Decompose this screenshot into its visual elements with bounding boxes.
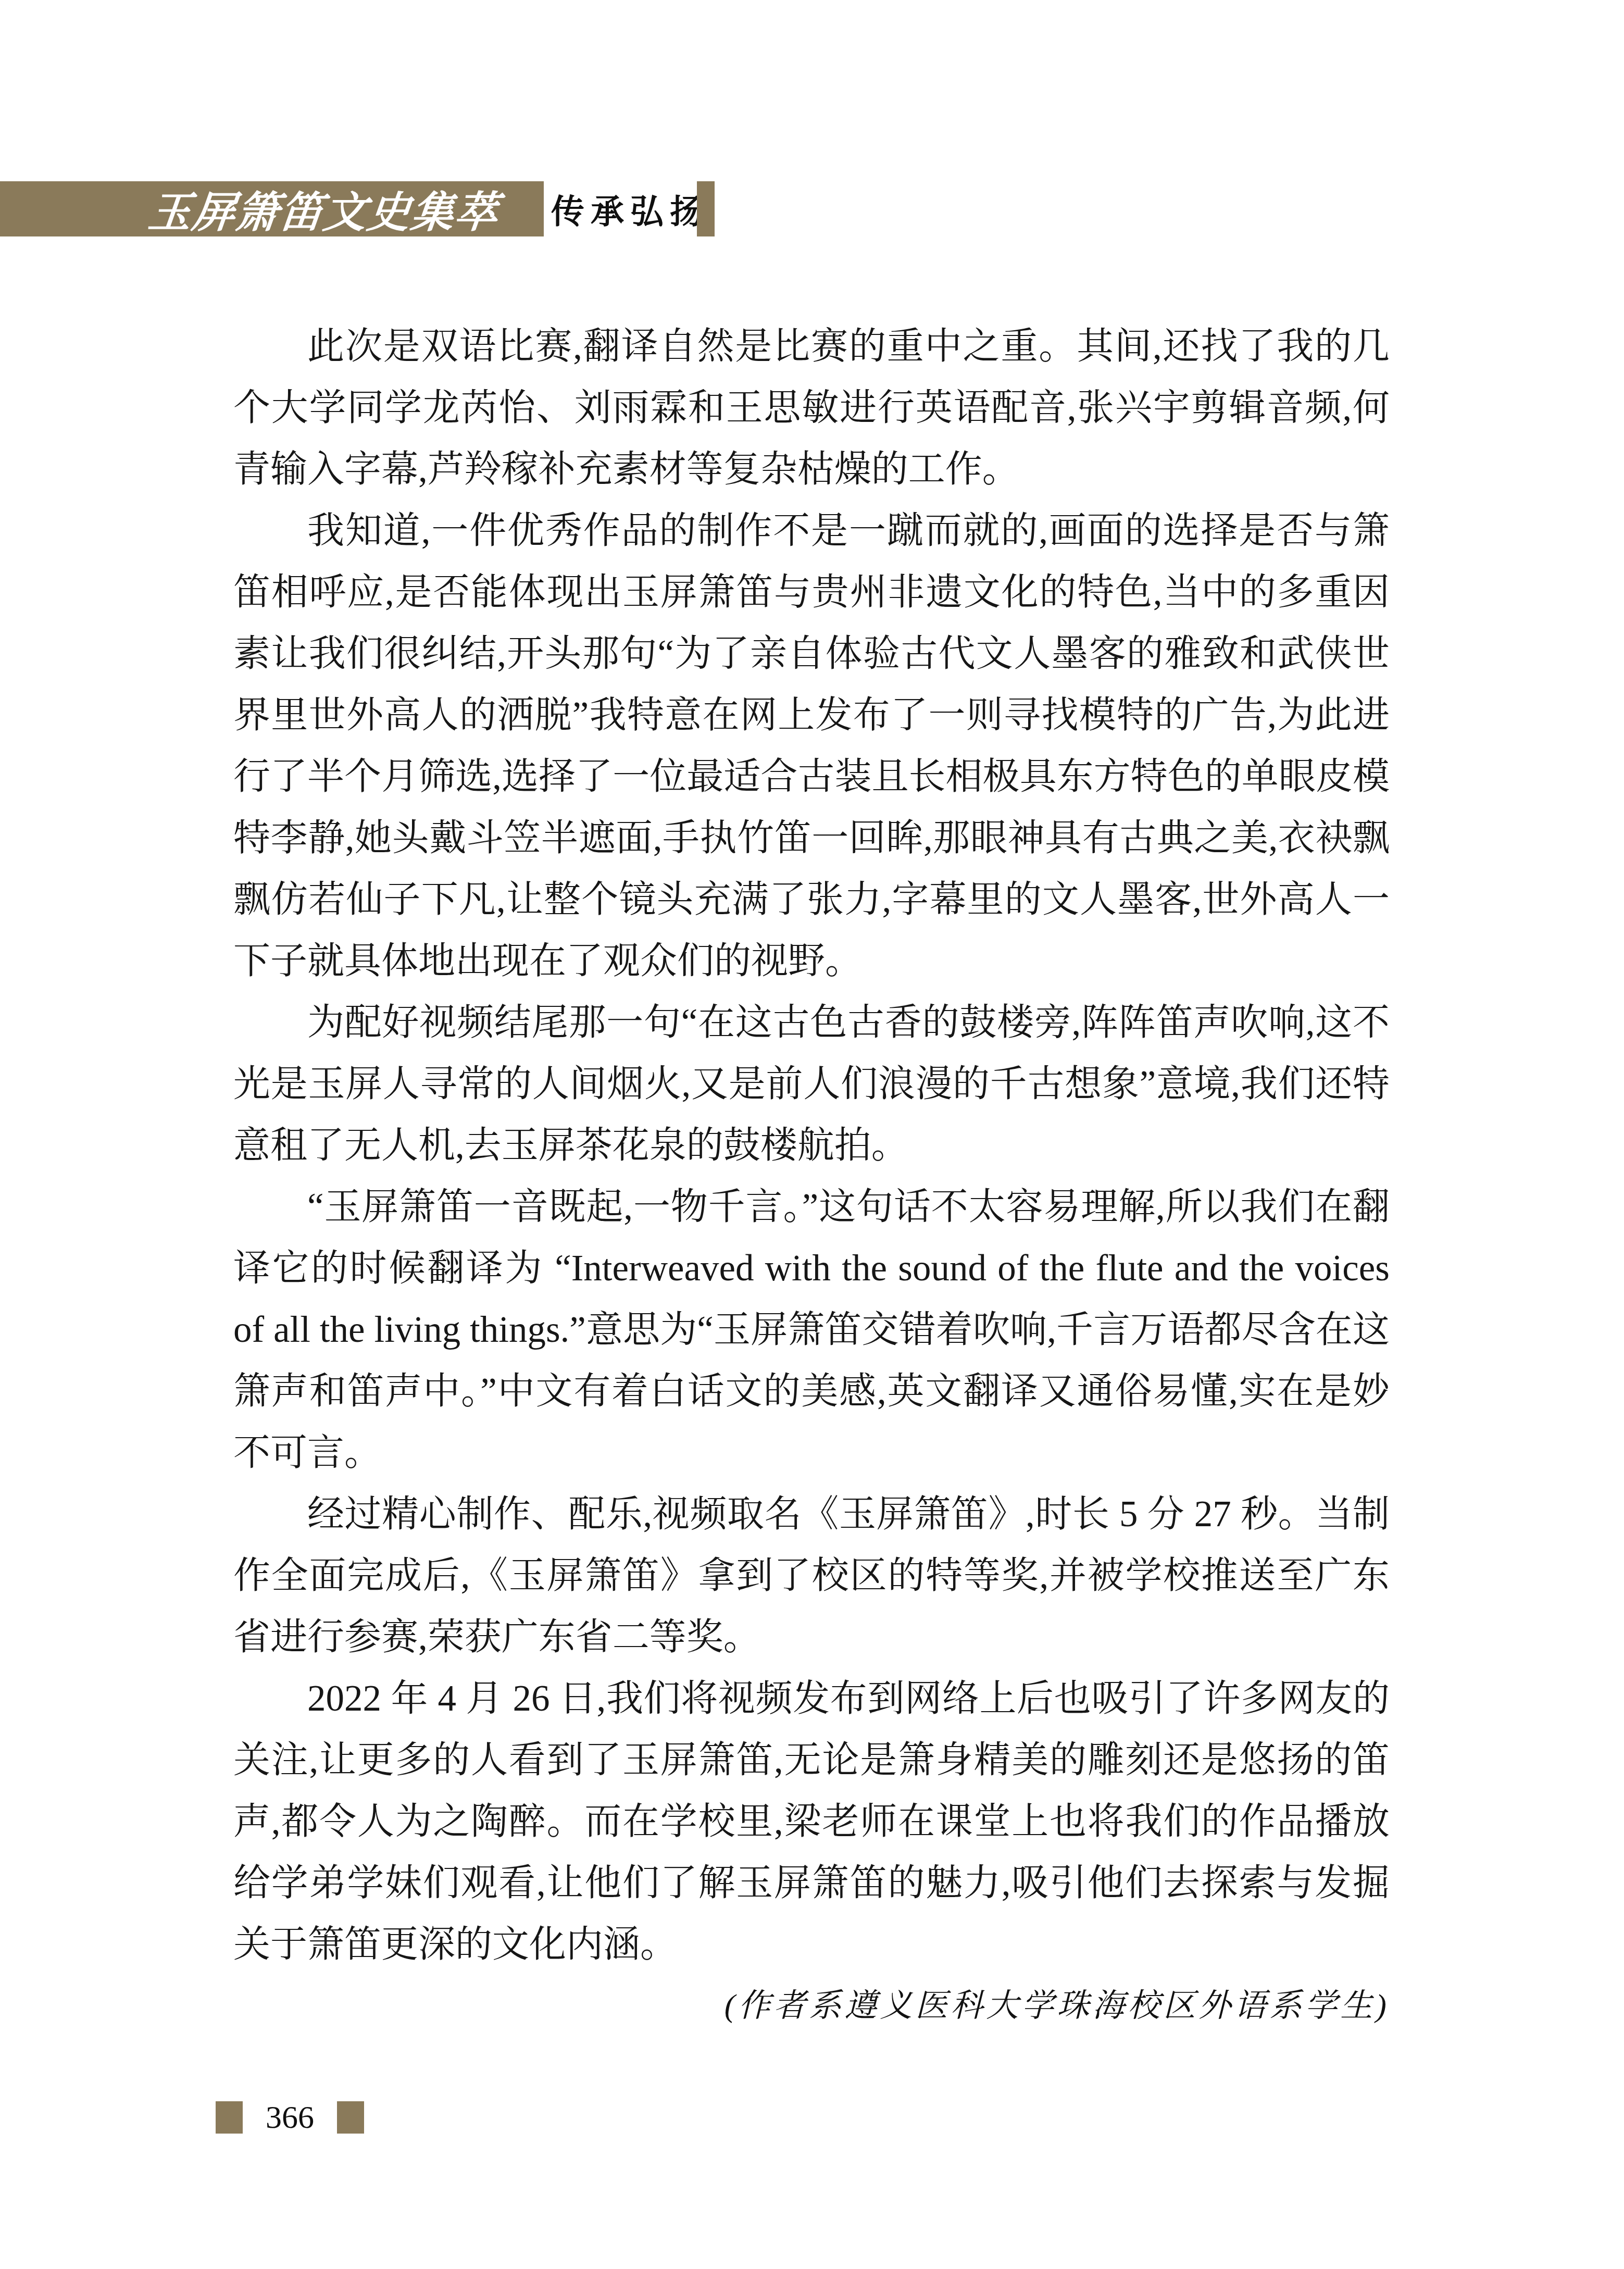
body-paragraph-5: 经过精心制作、配乐,视频取名《玉屏箫笛》,时长 5 分 27 秒。当制作全面完成… xyxy=(233,1483,1390,1668)
body-paragraph-2: 我知道,一件优秀作品的制作不是一蹴而就的,画面的选择是否与箫笛相呼应,是否能体现… xyxy=(233,500,1390,992)
header-section-title: 传承弘扬 xyxy=(551,181,709,236)
author-attribution: (作者系遵义医科大学珠海校区外语系学生) xyxy=(233,1975,1390,2037)
header-banner: 玉屏箫笛文史集萃 xyxy=(0,181,544,236)
book-page: 玉屏箫笛文史集萃 传承弘扬 此次是双语比赛,翻译自然是比赛的重中之重。其间,还找… xyxy=(0,0,1624,2269)
body-paragraph-1: 此次是双语比赛,翻译自然是比赛的重中之重。其间,还找了我的几个大学同学龙芮怡、刘… xyxy=(233,316,1390,500)
body-paragraph-3: 为配好视频结尾那一句“在这古色古香的鼓楼旁,阵阵笛声吹响,这不光是玉屏人寻常的人… xyxy=(233,992,1390,1176)
body-paragraph-6: 2022 年 4 月 26 日,我们将视频发布到网络上后也吸引了许多网友的关注,… xyxy=(233,1668,1390,1975)
page-number: 366 xyxy=(266,2101,314,2134)
header-accent-block xyxy=(697,181,715,236)
footer-right-square-icon xyxy=(337,2101,364,2134)
page-footer: 366 xyxy=(216,2101,364,2134)
footer-left-square-icon xyxy=(216,2101,243,2134)
body-paragraph-4: “玉屏箫笛一音既起,一物千言。”这句话不太容易理解,所以我们在翻译它的时候翻译为… xyxy=(233,1176,1390,1483)
article-body: 此次是双语比赛,翻译自然是比赛的重中之重。其间,还找了我的几个大学同学龙芮怡、刘… xyxy=(233,316,1390,2037)
banner-calligraphy-title: 玉屏箫笛文史集萃 xyxy=(146,179,502,240)
